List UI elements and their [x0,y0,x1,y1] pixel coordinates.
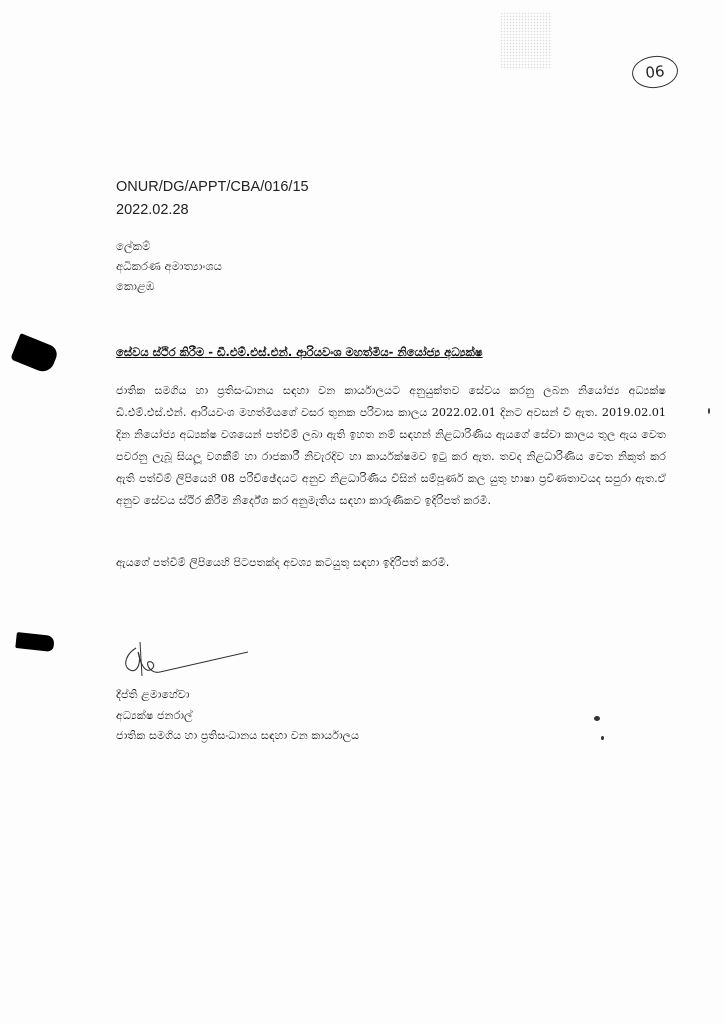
handwritten-signature [118,640,258,685]
letter-closing: ඇයගේ පත්වීම් ලිපියෙහි පිටපතක්ද අවශ්‍ය කට… [116,553,676,573]
scan-speck [594,716,600,721]
page-number-text: 06 [645,62,666,82]
letter-subject: සේවය ස්ථිර කිරීම - ඩී.එම්.එස්.එන්. ආරියව… [116,345,483,360]
letter-body: ජාතික සමගිය හා ප්‍රතිසංධානය සඳහා වන කාර්… [116,380,666,512]
punch-hole-mark [10,333,59,375]
scan-speck [708,408,710,414]
signatory-block: දීප්ති ළමාහේවා අධ්‍යක්ෂ ජනරාල් ජාතික සමග… [116,685,359,747]
reference-number: ONUR/DG/APPT/CBA/016/15 [116,176,309,199]
signatory-office: ජාතික සමගිය හා ප්‍රතිසංධානය සඳහා වන කාර්… [116,726,359,747]
signatory-name: දීප්ති ළමාහේවා [116,685,359,706]
handwritten-page-number: 06 [630,54,679,91]
letter-header: ONUR/DG/APPT/CBA/016/15 2022.02.28 [116,176,309,222]
recipient-line: ලේකම් [116,236,222,256]
letter-date: 2022.02.28 [116,199,309,222]
scanned-letter-page: 06 ONUR/DG/APPT/CBA/016/15 2022.02.28 ලේ… [0,0,724,1024]
scan-noise-patch [500,12,552,70]
punch-hole-mark [15,632,54,652]
scan-speck [601,736,604,740]
recipient-line: අධිකරණ අමාත්‍යාංශය [116,256,222,276]
recipient-line: කොළඹ [116,276,222,296]
recipient-address: ලේකම් අධිකරණ අමාත්‍යාංශය කොළඹ [116,236,222,296]
signatory-title: අධ්‍යක්ෂ ජනරාල් [116,706,359,727]
